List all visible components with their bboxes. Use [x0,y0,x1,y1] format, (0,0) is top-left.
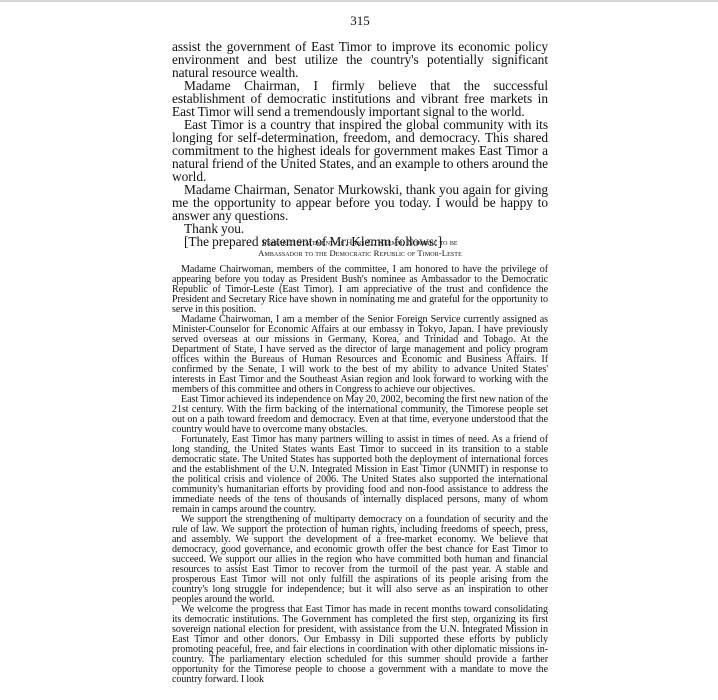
statement-heading-line: Prepared Statement of Hans G. Klemm, Nom… [172,237,548,248]
paragraph: Fortunately, East Timor has many partner… [172,435,548,515]
statement-heading: Prepared Statement of Hans G. Klemm, Nom… [172,237,548,259]
opening-remarks: assist the government of East Timor to i… [172,40,548,248]
paragraph: East Timor achieved its independence on … [172,395,548,435]
prepared-statement: Madame Chairwoman, members of the commit… [172,265,548,685]
paragraph: Madame Chairman, Senator Murkowski, than… [172,183,548,222]
statement-heading-line: Ambassador to the Democratic Republic of… [172,248,548,259]
paragraph: Madame Chairman, I firmly believe that t… [172,79,548,118]
paragraph: Madame Chairwoman, I am a member of the … [172,315,548,395]
paragraph: We support the strengthening of multipar… [172,515,548,605]
paragraph: East Timor is a country that inspired th… [172,118,548,183]
paragraph: assist the government of East Timor to i… [172,40,548,79]
paragraph: We welcome the progress that East Timor … [172,605,548,685]
paragraph: Madame Chairwoman, members of the commit… [172,265,548,315]
page-number: 315 [172,14,548,28]
